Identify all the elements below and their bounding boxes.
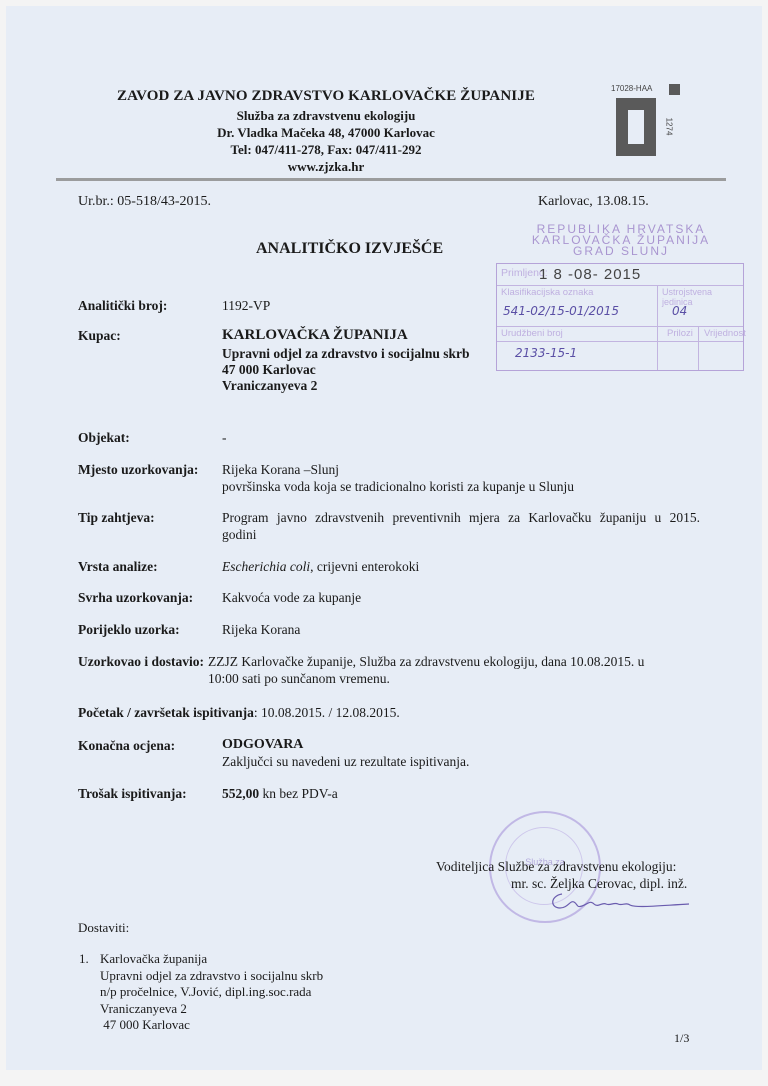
institution-address: Dr. Vladka Mačeka 48, 47000 Karlovac	[6, 125, 646, 141]
accreditation-mark: 17028-HAA 1274	[591, 82, 681, 162]
value-label: Vrijednost	[704, 328, 746, 339]
buyer-city: 47 000 Karlovac	[222, 362, 316, 378]
classification-value: 541-02/15-01/2015	[503, 304, 619, 318]
object-value: -	[222, 430, 227, 446]
final-assessment-value: ODGOVARA	[222, 737, 303, 753]
received-date: 1 8 -08- 2015	[539, 266, 641, 283]
document-title: ANALITIČKO IZVJEŠĆE	[256, 240, 443, 258]
accreditation-square-icon	[669, 84, 680, 95]
institution-contact: Tel: 047/411-278, Fax: 047/411-292	[6, 142, 646, 158]
document-page: ZAVOD ZA JAVNO ZDRAVSTVO KARLOVAČKE ŽUPA…	[6, 6, 762, 1070]
page-number: 1/3	[674, 1031, 689, 1046]
request-type-label: Tip zahtjeva:	[78, 510, 155, 526]
sampling-purpose-value: Kakvoća vode za kupanje	[222, 590, 361, 606]
receipt-stamp-header: REPUBLIKA HRVATSKA KARLOVAČKA ŽUPANIJA G…	[496, 224, 746, 257]
analysis-type-label: Vrsta analize:	[78, 559, 158, 575]
department-name: Služba za zdravstvenu ekologiju	[6, 108, 646, 124]
cost-value: 552,00 kn bez PDV-a	[222, 786, 338, 802]
delivery-item-number: 1.	[79, 951, 89, 967]
sampling-location-desc: površinska voda koja se tradicionalno ko…	[222, 479, 574, 495]
reference-number: Ur.br.: 05-518/43-2015.	[78, 194, 211, 210]
unit-value: 04	[672, 304, 687, 318]
delivery-label: Dostaviti:	[78, 920, 129, 936]
request-type-value-cont: godini	[222, 527, 257, 543]
delivery-item: Karlovačka županija Upravni odjel za zdr…	[100, 951, 323, 1034]
final-assessment-note: Zaključci su navedeni uz rezultate ispit…	[222, 754, 469, 770]
test-period: Početak / završetak ispitivanja: 10.08.2…	[78, 705, 400, 721]
certification-code: 17028-HAA	[611, 84, 652, 93]
signatory-role: Voditeljica Službe za zdravstvenu ekolog…	[436, 859, 676, 875]
sample-origin-value: Rijeka Korana	[222, 622, 300, 638]
classification-label: Klasifikacijska oznaka	[501, 287, 593, 298]
handwritten-signature-icon	[544, 888, 694, 916]
sampled-by-label: Uzorkovao i dostavio:	[78, 654, 204, 670]
header-divider	[56, 178, 726, 181]
sampled-by-value-cont: 10:00 sati po sunčanom vremenu.	[208, 671, 390, 687]
cost-label: Trošak ispitivanja:	[78, 786, 187, 802]
sampling-purpose-label: Svrha uzorkovanja:	[78, 590, 193, 606]
sample-origin-label: Porijeklo uzorka:	[78, 622, 180, 638]
final-assessment-label: Konačna ocjena:	[78, 738, 175, 754]
institution-name: ZAVOD ZA JAVNO ZDRAVSTVO KARLOVAČKE ŽUPA…	[6, 88, 646, 105]
request-type-value: Program javno zdravstvenih preventivnih …	[222, 510, 700, 526]
sampled-by-value: ZZJZ Karlovačke županije, Služba za zdra…	[208, 654, 644, 670]
analytic-number-label: Analitički broj:	[78, 298, 167, 314]
registry-label: Urudžbeni broj	[501, 328, 563, 339]
attachments-label: Prilozi	[667, 328, 693, 339]
buyer-street: Vraniczanyeva 2	[222, 378, 317, 394]
place-date: Karlovac, 13.08.15.	[538, 194, 649, 210]
registry-value: 2133-15-1	[515, 346, 577, 360]
analysis-type-value: Escherichia coli, crijevni enterokoki	[222, 559, 419, 575]
object-label: Objekat:	[78, 430, 130, 446]
buyer-label: Kupac:	[78, 328, 121, 344]
receipt-stamp: Primljeno: 1 8 -08- 2015 Klasifikacijska…	[496, 263, 744, 371]
sampling-location-value: Rijeka Korana –Slunj	[222, 462, 339, 478]
sampling-location-label: Mjesto uzorkovanja:	[78, 462, 198, 478]
institution-website: www.zjzka.hr	[6, 159, 646, 175]
accreditation-frame-icon	[616, 98, 656, 156]
buyer-department: Upravni odjel za zdravstvo i socijalnu s…	[222, 346, 470, 362]
buyer-name: KARLOVAČKA ŽUPANIJA	[222, 327, 408, 344]
analytic-number-value: 1192-VP	[222, 298, 270, 314]
certification-number: 1274	[664, 118, 673, 136]
